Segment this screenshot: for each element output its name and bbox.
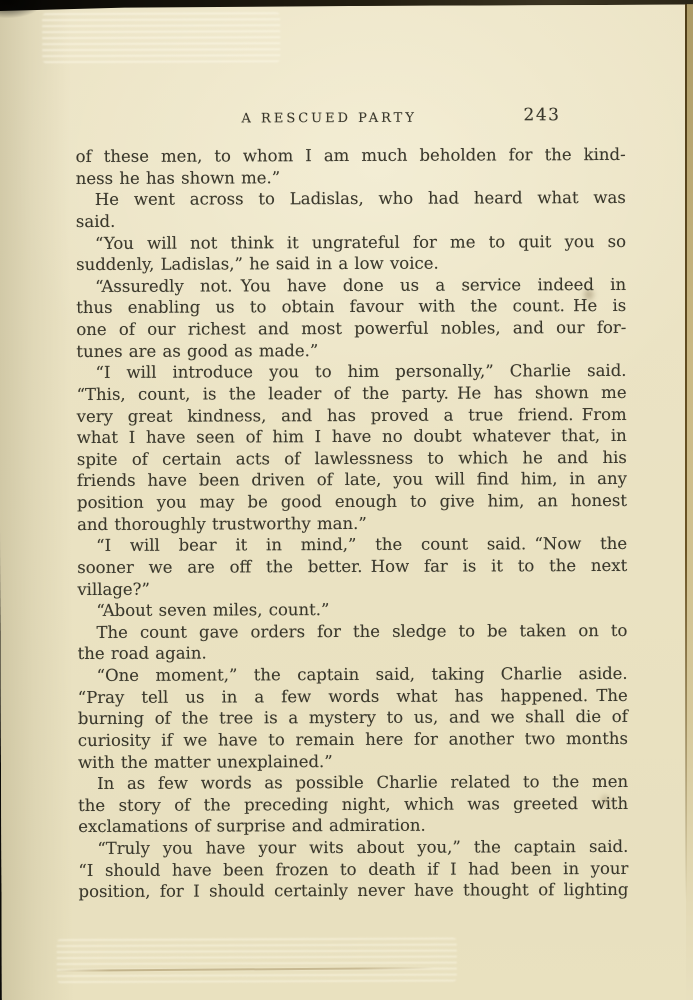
scan-background: A RESCUED PARTY 243 of these men, to who…	[0, 0, 693, 1000]
text-line: “Assuredly not. You have done us a servi…	[76, 274, 626, 298]
text-line: and thoroughly trustworthy man.”	[77, 512, 627, 536]
page-edge-hairline	[685, 0, 687, 1000]
text-block: of these men, to whom I am much beholden…	[76, 144, 629, 903]
text-line: very great kindness, and has proved a tr…	[77, 403, 627, 427]
text-line: suddenly, Ladislas,” he said in a low vo…	[76, 252, 626, 276]
text-line: “This, count, is the leader of the party…	[77, 382, 627, 406]
page-number: 243	[523, 105, 560, 125]
text-line: position, for I should certainly never h…	[78, 879, 628, 903]
text-line: “One moment,” the captain said, taking C…	[78, 663, 628, 687]
paragraph: The count gave orders for the sledge to …	[77, 620, 627, 665]
paragraph: of these men, to whom I am much beholden…	[76, 144, 626, 189]
text-line: thus enabling us to obtain favour with t…	[76, 295, 626, 319]
text-line: He went across to Ladislas, who had hear…	[76, 187, 626, 211]
paragraph: “About seven miles, count.”	[77, 598, 627, 622]
text-line: what I have seen of him I have no doubt …	[77, 425, 627, 449]
text-line: one of our richest and most powerful nob…	[76, 317, 626, 341]
header-title: A RESCUED PARTY	[241, 111, 416, 127]
paragraph: He went across to Ladislas, who had hear…	[76, 187, 626, 232]
text-line: “I will introduce you to him personally,…	[76, 360, 626, 384]
text-line: sooner we are off the better. How far is…	[77, 555, 627, 579]
scanner-shadow-corner	[0, 0, 44, 18]
paragraph: “You will not think it ungrateful for me…	[76, 230, 626, 275]
paragraph: “I will introduce you to him personally,…	[76, 360, 627, 535]
book-page: A RESCUED PARTY 243 of these men, to who…	[0, 5, 690, 1000]
text-line: the road again.	[78, 641, 628, 665]
running-head: A RESCUED PARTY 243	[74, 105, 626, 131]
text-line: village?”	[77, 576, 627, 600]
text-line: tunes are as good as made.”	[76, 339, 626, 363]
text-line: “You will not think it ungrateful for me…	[76, 230, 626, 254]
page-edge-stack	[686, 0, 693, 1000]
text-line: “About seven miles, count.”	[77, 598, 627, 622]
paragraph: “I will bear it in mind,” the count said…	[77, 533, 627, 600]
paragraph: “One moment,” the captain said, taking C…	[78, 663, 628, 773]
paragraph: “Truly you have your wits about you,” th…	[78, 836, 628, 903]
text-line: “Pray tell us in a few words what has ha…	[78, 685, 628, 709]
text-line: exclamations of surprise and admiration.	[78, 814, 628, 838]
text-line: “Truly you have your wits about you,” th…	[78, 836, 628, 860]
text-line: friends have been driven of late, you wi…	[77, 468, 627, 492]
text-line: said.	[76, 209, 626, 233]
paragraph: In as few words as possible Charlie rela…	[78, 771, 628, 838]
text-line: In as few words as possible Charlie rela…	[78, 771, 628, 795]
text-line: “I should have been frozen to death if I…	[78, 858, 628, 882]
page-impression-bottom	[57, 938, 457, 984]
text-line: the story of the preceding night, which …	[78, 793, 628, 817]
text-line: curiosity if we have to remain here for …	[78, 728, 628, 752]
page-impression-top	[42, 12, 280, 63]
text-line: spite of certain acts of lawlessness to …	[77, 447, 627, 471]
text-line: position you may be good enough to give …	[77, 490, 627, 514]
text-line: burning of the tree is a mystery to us, …	[78, 706, 628, 730]
text-line: ness he has shown me.”	[76, 166, 626, 190]
paragraph: “Assuredly not. You have done us a servi…	[76, 274, 626, 363]
text-line: of these men, to whom I am much beholden…	[76, 144, 626, 168]
text-line: with the matter unexplained.”	[78, 749, 628, 773]
text-line: The count gave orders for the sledge to …	[77, 620, 627, 644]
text-line: “I will bear it in mind,” the count said…	[77, 533, 627, 557]
page-gutter-shade	[0, 7, 74, 1000]
